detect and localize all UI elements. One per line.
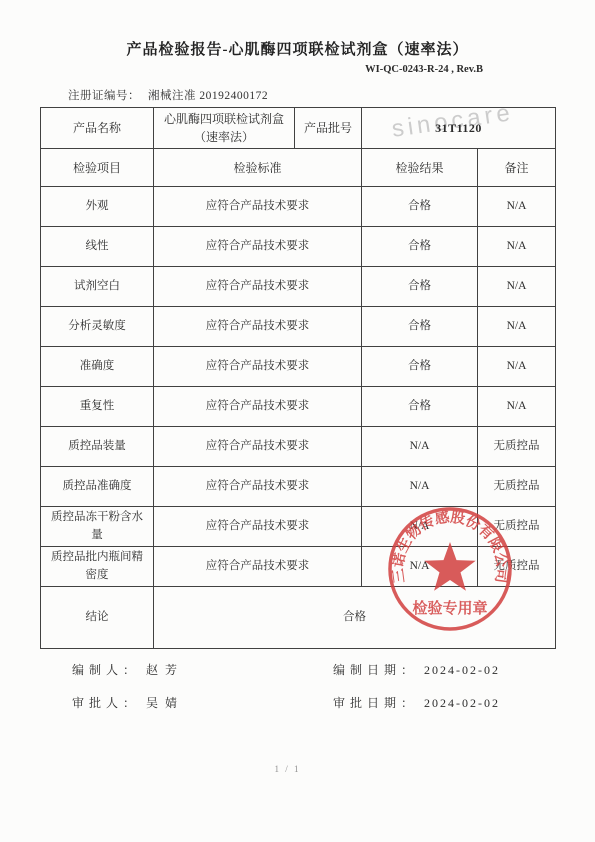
prepared-by-line: 编 制 人 ：赵 芳: [72, 661, 179, 678]
registration-value: 湘械注准 20192400172: [148, 90, 268, 102]
approved-date-label: 审 批 日 期 ：: [333, 696, 414, 710]
result-cell: 合格: [362, 387, 478, 427]
col-header-result: 检验结果: [362, 149, 478, 187]
note-cell: N/A: [478, 227, 556, 267]
item-cell: 线性: [41, 227, 154, 267]
prepared-date-label: 编 制 日 期 ：: [333, 663, 414, 677]
result-cell: 合格: [362, 307, 478, 347]
approved-by-name: 吴 婧: [146, 696, 179, 710]
note-cell: 无质控品: [478, 507, 556, 547]
standard-cell: 应符合产品技术要求: [154, 267, 362, 307]
inspection-table: 产品名称 心肌酶四项联检试剂盒（速率法） 产品批号 31T1120 检验项目 检…: [40, 107, 556, 649]
report-page: 产品检验报告-心肌酶四项联检试剂盒（速率法） WI-QC-0243-R-24 ,…: [0, 0, 595, 842]
table-row: 质控品批内瓶间精密度应符合产品技术要求N/A无质控品: [41, 547, 556, 587]
item-cell: 重复性: [41, 387, 154, 427]
conclusion-row: 结论 合格: [41, 587, 556, 649]
result-cell: 合格: [362, 347, 478, 387]
note-cell: N/A: [478, 187, 556, 227]
inspection-rows: 外观应符合产品技术要求合格N/A线性应符合产品技术要求合格N/A试剂空白应符合产…: [41, 187, 556, 587]
approved-date-line: 审 批 日 期 ：2024-02-02: [333, 694, 500, 711]
product-info-row: 产品名称 心肌酶四项联检试剂盒（速率法） 产品批号 31T1120: [41, 108, 556, 149]
table-row: 外观应符合产品技术要求合格N/A: [41, 187, 556, 227]
item-cell: 试剂空白: [41, 267, 154, 307]
batch-value: 31T1120: [362, 108, 556, 149]
page-number: 1 / 1: [0, 764, 575, 774]
registration-line: 注册证编号：湘械注准 20192400172: [68, 87, 268, 103]
result-cell: 合格: [362, 187, 478, 227]
item-cell: 质控品装量: [41, 427, 154, 467]
standard-cell: 应符合产品技术要求: [154, 507, 362, 547]
item-cell: 质控品冻干粉含水量: [41, 507, 154, 547]
item-cell: 分析灵敏度: [41, 307, 154, 347]
standard-cell: 应符合产品技术要求: [154, 187, 362, 227]
table-row: 准确度应符合产品技术要求合格N/A: [41, 347, 556, 387]
standard-cell: 应符合产品技术要求: [154, 387, 362, 427]
approved-date-value: 2024-02-02: [424, 696, 500, 710]
item-cell: 质控品准确度: [41, 467, 154, 507]
note-cell: 无质控品: [478, 467, 556, 507]
result-cell: N/A: [362, 507, 478, 547]
standard-cell: 应符合产品技术要求: [154, 227, 362, 267]
note-cell: N/A: [478, 347, 556, 387]
batch-label: 产品批号: [295, 108, 362, 149]
conclusion-label: 结论: [41, 587, 154, 649]
item-cell: 准确度: [41, 347, 154, 387]
table-foot: 结论 合格: [41, 587, 556, 649]
result-cell: N/A: [362, 547, 478, 587]
standard-cell: 应符合产品技术要求: [154, 347, 362, 387]
col-header-standard: 检验标准: [154, 149, 362, 187]
approved-by-line: 审 批 人 ：吴 婧: [72, 694, 179, 711]
prepared-by-label: 编 制 人 ：: [72, 663, 136, 677]
result-cell: 合格: [362, 227, 478, 267]
result-cell: N/A: [362, 467, 478, 507]
col-header-note: 备注: [478, 149, 556, 187]
table-head: 产品名称 心肌酶四项联检试剂盒（速率法） 产品批号 31T1120 检验项目 检…: [41, 108, 556, 187]
conclusion-value: 合格: [154, 587, 556, 649]
note-cell: N/A: [478, 307, 556, 347]
product-name-value: 心肌酶四项联检试剂盒（速率法）: [154, 108, 295, 149]
table-row: 质控品装量应符合产品技术要求N/A无质控品: [41, 427, 556, 467]
product-name-label: 产品名称: [41, 108, 154, 149]
prepared-date-value: 2024-02-02: [424, 663, 500, 677]
note-cell: 无质控品: [478, 547, 556, 587]
item-cell: 外观: [41, 187, 154, 227]
result-cell: N/A: [362, 427, 478, 467]
page-title: 产品检验报告-心肌酶四项联检试剂盒（速率法）: [0, 38, 595, 59]
table-row: 分析灵敏度应符合产品技术要求合格N/A: [41, 307, 556, 347]
registration-label: 注册证编号：: [68, 90, 140, 102]
item-cell: 质控品批内瓶间精密度: [41, 547, 154, 587]
doc-code: WI-QC-0243-R-24 , Rev.B: [365, 64, 483, 75]
table-row: 线性应符合产品技术要求合格N/A: [41, 227, 556, 267]
note-cell: N/A: [478, 267, 556, 307]
col-header-item: 检验项目: [41, 149, 154, 187]
prepared-by-name: 赵 芳: [146, 663, 179, 677]
standard-cell: 应符合产品技术要求: [154, 307, 362, 347]
column-header-row: 检验项目 检验标准 检验结果 备注: [41, 149, 556, 187]
standard-cell: 应符合产品技术要求: [154, 427, 362, 467]
note-cell: 无质控品: [478, 427, 556, 467]
standard-cell: 应符合产品技术要求: [154, 547, 362, 587]
table-row: 质控品准确度应符合产品技术要求N/A无质控品: [41, 467, 556, 507]
result-cell: 合格: [362, 267, 478, 307]
table-row: 试剂空白应符合产品技术要求合格N/A: [41, 267, 556, 307]
approved-by-label: 审 批 人 ：: [72, 696, 136, 710]
table-row: 重复性应符合产品技术要求合格N/A: [41, 387, 556, 427]
note-cell: N/A: [478, 387, 556, 427]
standard-cell: 应符合产品技术要求: [154, 467, 362, 507]
prepared-date-line: 编 制 日 期 ：2024-02-02: [333, 661, 500, 678]
table-row: 质控品冻干粉含水量应符合产品技术要求N/A无质控品: [41, 507, 556, 547]
